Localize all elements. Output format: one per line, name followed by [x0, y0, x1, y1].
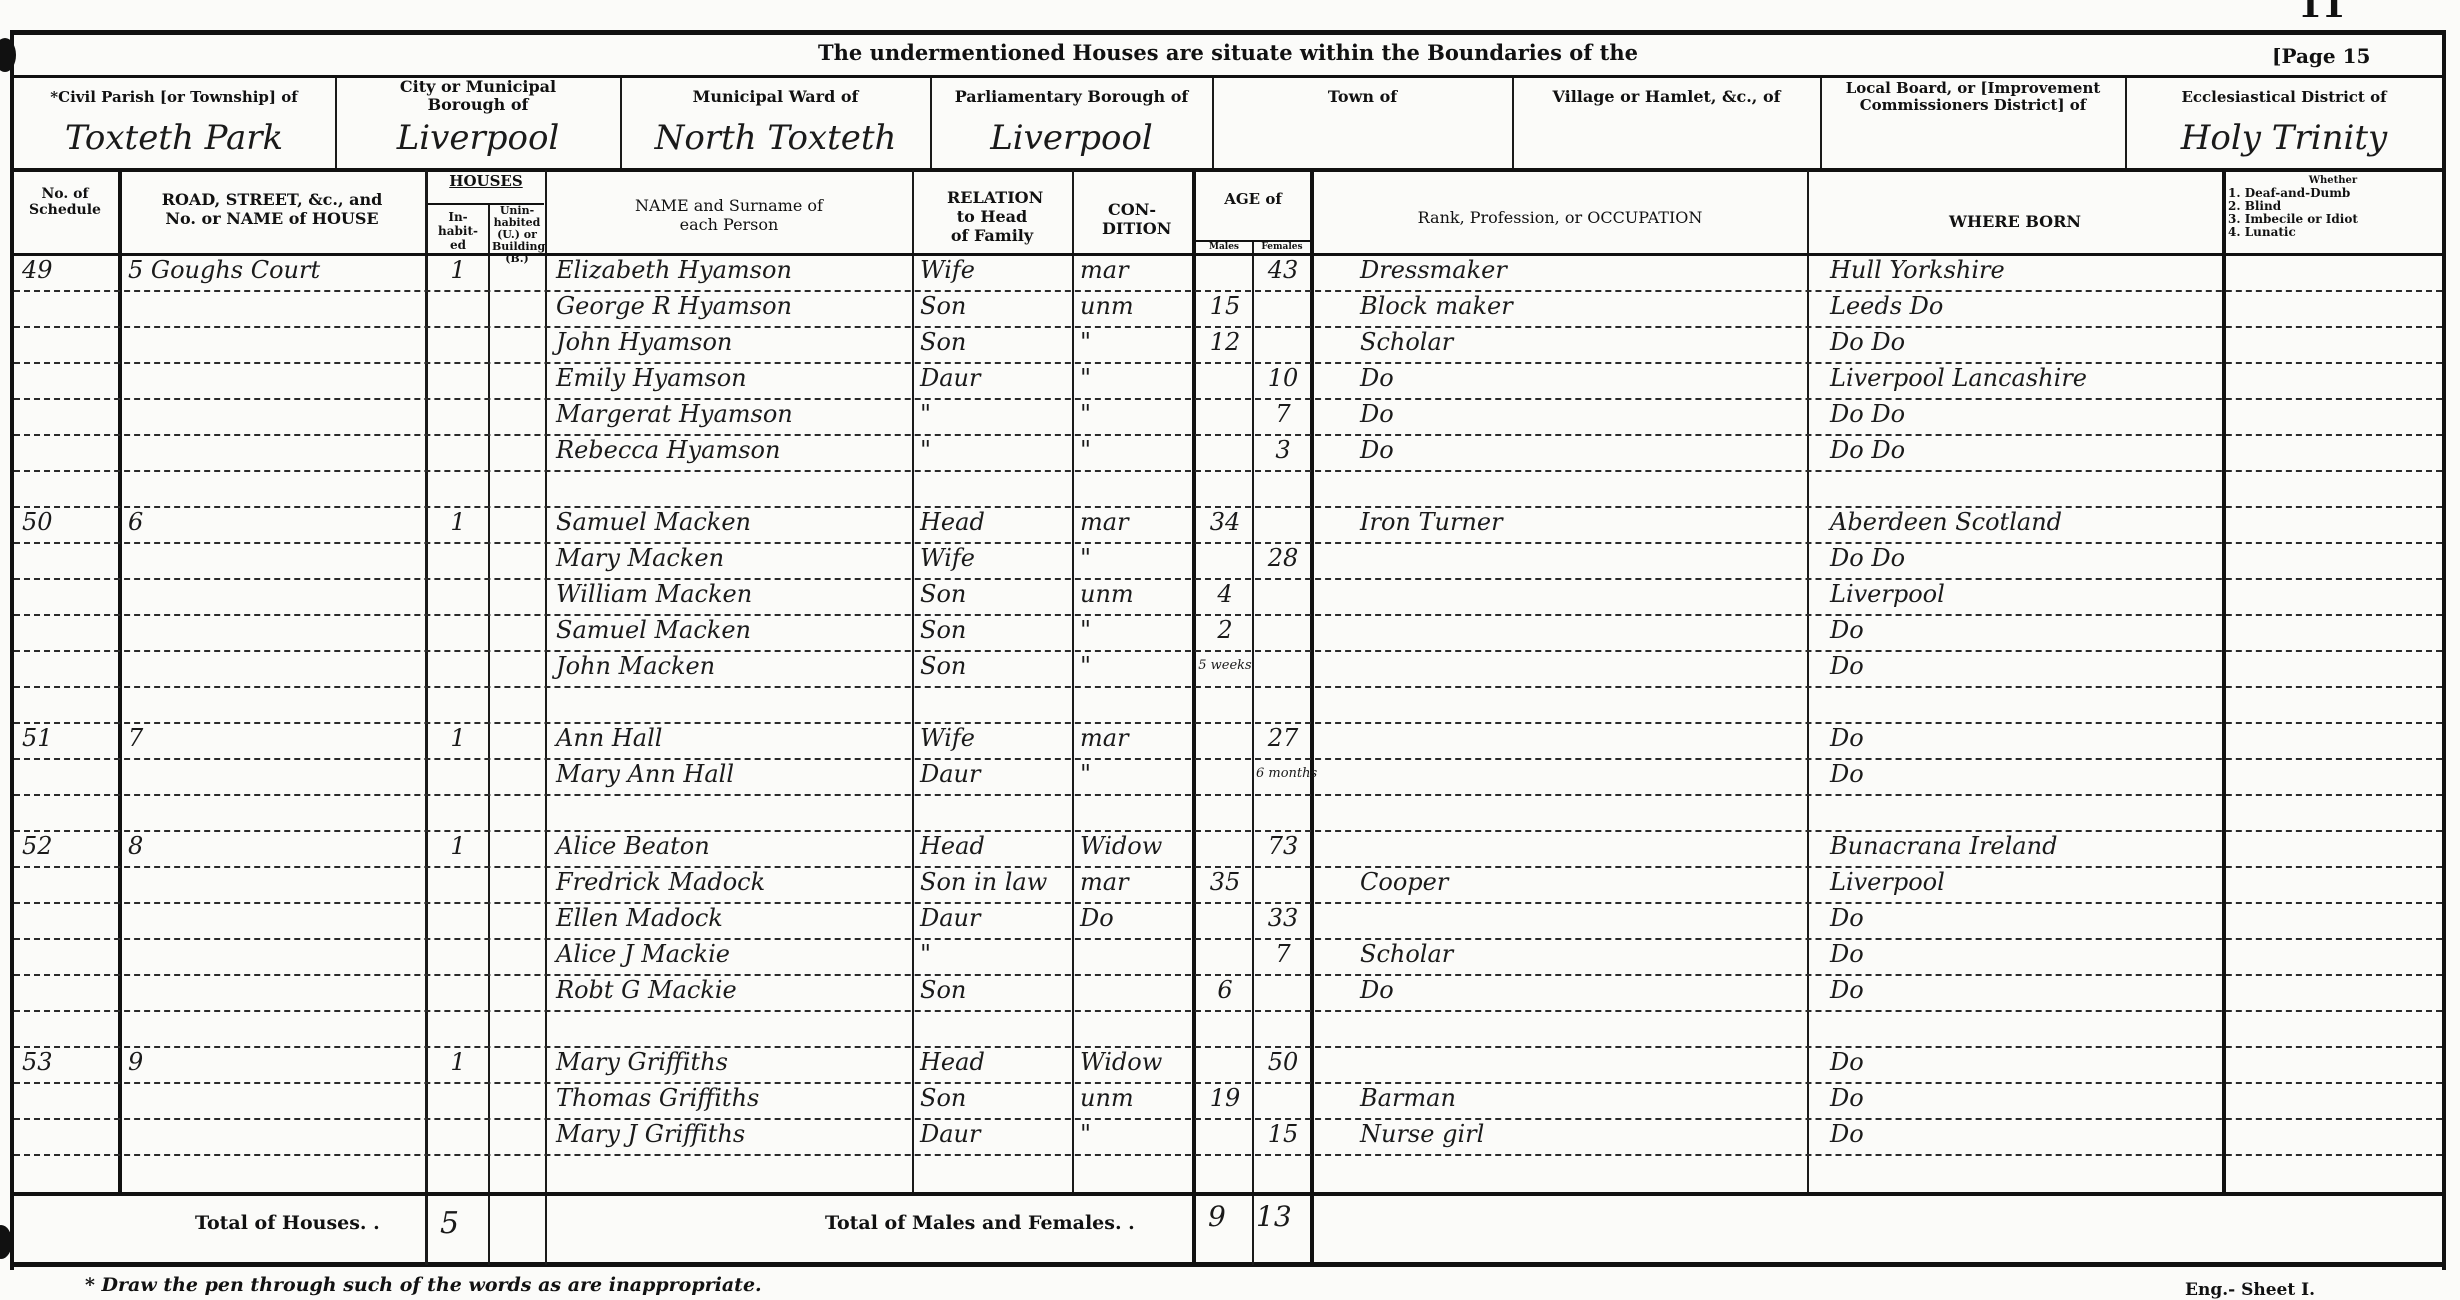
- cell-condition: unm: [1080, 576, 1190, 612]
- cell-relation: Head: [920, 1044, 1070, 1080]
- totals-divider: [10, 1192, 2446, 1196]
- row-rule: [14, 686, 2442, 688]
- municipal-ward-value: North Toxteth: [622, 118, 929, 158]
- cell-condition: ": [1080, 1116, 1190, 1152]
- cell-relation: Daur: [920, 900, 1070, 936]
- village-label: Village or Hamlet, &c., of: [1514, 88, 1819, 106]
- cell-name: Margerat Hyamson: [556, 396, 910, 432]
- cell-road: 6: [128, 504, 423, 540]
- col-header-uninhabited-text: Unin-habited (U.) or Building (B.): [492, 205, 542, 265]
- cell-relation: ": [920, 396, 1070, 432]
- col-header-schedule: No. of Schedule: [14, 186, 116, 218]
- cell-name: George R Hyamson: [556, 288, 910, 324]
- cell-age-female: 33: [1256, 900, 1310, 936]
- cell-relation: ": [920, 432, 1070, 468]
- cell-condition: ": [1080, 648, 1190, 684]
- col-header-age: AGE of: [1196, 190, 1310, 208]
- col-header-females: Females: [1254, 242, 1310, 252]
- cell-name: Alice Beaton: [556, 828, 910, 864]
- cell-where-born: Leeds Do: [1830, 288, 2220, 324]
- col-header-occupation-text: Rank, Profession, or OCCUPATION: [1418, 208, 1703, 227]
- cell-condition: unm: [1080, 1080, 1190, 1116]
- cell-condition: ": [1080, 360, 1190, 396]
- cell-inhabited: 1: [430, 252, 486, 288]
- cell-age-female: 7: [1256, 936, 1310, 972]
- col-header-name-text: NAME and Surname of each Person: [614, 196, 844, 234]
- cell-where-born: Bunacrana Ireland: [1830, 828, 2220, 864]
- cell-inhabited: 1: [430, 720, 486, 756]
- cell-where-born: Hull Yorkshire: [1830, 252, 2220, 288]
- cell-name: Mary Ann Hall: [556, 756, 910, 792]
- cell-occupation: Barman: [1360, 1080, 1805, 1116]
- cell-name: Rebecca Hyamson: [556, 432, 910, 468]
- cell-name: Elizabeth Hyamson: [556, 252, 910, 288]
- cell-occupation: Do: [1360, 972, 1805, 1008]
- cell-age-female: 6 months: [1256, 756, 1317, 792]
- cell-where-born: Aberdeen Scotland: [1830, 504, 2220, 540]
- cell-name: John Hyamson: [556, 324, 910, 360]
- col-header-road: ROAD, STREET, &c., and No. or NAME of HO…: [122, 190, 422, 228]
- col-header-inhabited-text: In-habit-ed: [437, 210, 479, 252]
- cell-relation: ": [920, 936, 1070, 972]
- cell-age-male: 19: [1198, 1080, 1252, 1116]
- cell-where-born: Liverpool Lancashire: [1830, 360, 2220, 396]
- cell-age-female: 10: [1256, 360, 1310, 396]
- cell-where-born: Do Do: [1830, 324, 2220, 360]
- cell-occupation: Do: [1360, 432, 1805, 468]
- cell-where-born: Do: [1830, 900, 2220, 936]
- col-line: [912, 170, 914, 1195]
- cell-age-female: 15: [1256, 1116, 1310, 1152]
- cell-condition: unm: [1080, 288, 1190, 324]
- col-header-relation-text: RELATION to Head of Family: [947, 188, 1037, 245]
- municipal-borough-label-text: City or Municipal Borough of: [383, 78, 573, 114]
- civil-parish-value: Toxteth Park: [14, 118, 334, 158]
- cell-condition: ": [1080, 540, 1190, 576]
- cell-name: John Macken: [556, 648, 910, 684]
- total-houses-value: 5: [440, 1206, 459, 1241]
- cell-occupation: Block maker: [1360, 288, 1805, 324]
- cell-age-female: 7: [1256, 396, 1310, 432]
- cell-name: Robt G Mackie: [556, 972, 910, 1008]
- col-line: [118, 170, 122, 1195]
- cell-relation: Wife: [920, 720, 1070, 756]
- cell-where-born: Do: [1830, 720, 2220, 756]
- cell-name: Samuel Macken: [556, 612, 910, 648]
- cell-relation: Son in law: [920, 864, 1070, 900]
- local-board-label: Local Board, or [Improvement Commissione…: [1822, 80, 2124, 114]
- cell-road: 8: [128, 828, 423, 864]
- cell-condition: ": [1080, 324, 1190, 360]
- col-header-condition-text: CON-DITION: [1102, 200, 1162, 238]
- row-rule: [14, 794, 2442, 796]
- cell-occupation: Do: [1360, 396, 1805, 432]
- cell-where-born: Do Do: [1830, 432, 2220, 468]
- cell-road: 5 Goughs Court: [128, 252, 423, 288]
- cell-age-female: 73: [1256, 828, 1310, 864]
- cell-name: Ellen Madock: [556, 900, 910, 936]
- cell-name: Emily Hyamson: [556, 360, 910, 396]
- cell-where-born: Do: [1830, 612, 2220, 648]
- cell-where-born: Do: [1830, 1080, 2220, 1116]
- cell-occupation: Do: [1360, 360, 1805, 396]
- col-header-schedule-text: No. of Schedule: [29, 186, 101, 218]
- cell-name: Alice J Mackie: [556, 936, 910, 972]
- cell-where-born: Do: [1830, 1116, 2220, 1152]
- cell-occupation: Dressmaker: [1360, 252, 1805, 288]
- local-board-label-text: Local Board, or [Improvement Commissione…: [1843, 80, 2103, 114]
- col-header-name: NAME and Surname of each Person: [548, 196, 910, 234]
- col-line: [425, 170, 428, 1265]
- cell-name: William Macken: [556, 576, 910, 612]
- cell-where-born: Do: [1830, 936, 2220, 972]
- cell-relation: Son: [920, 324, 1070, 360]
- cell-relation: Wife: [920, 540, 1070, 576]
- cell-relation: Son: [920, 1080, 1070, 1116]
- col-header-infirmity: Whether 1. Deaf-and-Dumb 2. Blind 3. Imb…: [2228, 174, 2438, 239]
- col-line: [1310, 170, 1314, 1265]
- ecclesiastical-district-value: Holy Trinity: [2127, 118, 2441, 158]
- row-rule: [14, 1154, 2442, 1156]
- cell-age-female: 3: [1256, 432, 1310, 468]
- cell-condition: mar: [1080, 252, 1190, 288]
- total-houses-label: Total of Houses. .: [195, 1212, 380, 1234]
- cell-where-born: Do: [1830, 648, 2220, 684]
- cell-name: Fredrick Madock: [556, 864, 910, 900]
- cell-age-male: 6: [1198, 972, 1252, 1008]
- cell-age-male: 2: [1198, 612, 1252, 648]
- cell-age-male: 12: [1198, 324, 1252, 360]
- cell-road: 7: [128, 720, 423, 756]
- cell-relation: Daur: [920, 360, 1070, 396]
- total-females-value: 13: [1256, 1200, 1292, 1233]
- cell-schedule: 51: [22, 720, 116, 756]
- cell-schedule: 49: [22, 252, 116, 288]
- cell-schedule: 50: [22, 504, 116, 540]
- row-rule: [14, 1010, 2442, 1012]
- frame-right: [2442, 30, 2446, 1270]
- cell-name: Thomas Griffiths: [556, 1080, 910, 1116]
- cell-relation: Head: [920, 828, 1070, 864]
- cell-inhabited: 1: [430, 1044, 486, 1080]
- total-males-value: 9: [1208, 1200, 1226, 1233]
- cell-relation: Daur: [920, 1116, 1070, 1152]
- total-persons-label: Total of Males and Females. .: [825, 1212, 1135, 1234]
- cell-where-born: Do Do: [1830, 396, 2220, 432]
- cell-age-male: 35: [1198, 864, 1252, 900]
- cell-condition: Widow: [1080, 828, 1190, 864]
- col-header-occupation: Rank, Profession, or OCCUPATION: [1314, 208, 1806, 227]
- municipal-borough-value: Liverpool: [337, 118, 619, 158]
- cell-road: 9: [128, 1044, 423, 1080]
- cell-condition: Do: [1080, 900, 1190, 936]
- location-divider: [10, 168, 2446, 172]
- page-number: [Page 15: [2272, 44, 2370, 68]
- cell-occupation: Scholar: [1360, 936, 1805, 972]
- civil-parish-label: *Civil Parish [or Township] of: [14, 88, 334, 106]
- cell-condition: Widow: [1080, 1044, 1190, 1080]
- cell-relation: Son: [920, 288, 1070, 324]
- cell-occupation: Scholar: [1360, 324, 1805, 360]
- folio-mark: 11: [2298, 0, 2345, 26]
- col-line: [545, 170, 547, 1265]
- col-header-condition: CON-DITION: [1074, 200, 1190, 238]
- cell-where-born: Do: [1830, 1044, 2220, 1080]
- cell-relation: Daur: [920, 756, 1070, 792]
- row-rule: [14, 470, 2442, 472]
- ecclesiastical-district-label: Ecclesiastical District of: [2127, 88, 2441, 106]
- col-header-houses: HOUSES: [428, 172, 544, 190]
- cell-where-born: Liverpool: [1830, 576, 2220, 612]
- cell-where-born: Do: [1830, 972, 2220, 1008]
- cell-condition: ": [1080, 612, 1190, 648]
- town-label: Town of: [1214, 88, 1511, 106]
- cell-age-female: 28: [1256, 540, 1310, 576]
- col-line: [1072, 170, 1074, 1195]
- footnote: * Draw the pen through such of the words…: [85, 1274, 762, 1296]
- cell-age-female: 50: [1256, 1044, 1310, 1080]
- cell-occupation: Iron Turner: [1360, 504, 1805, 540]
- document-title: The undermentioned Houses are situate wi…: [10, 40, 2446, 65]
- col-header-relation: RELATION to Head of Family: [914, 188, 1070, 245]
- cell-name: Mary J Griffiths: [556, 1116, 910, 1152]
- municipal-borough-label: City or Municipal Borough of: [337, 78, 619, 114]
- cell-where-born: Liverpool: [1830, 864, 2220, 900]
- cell-occupation: Cooper: [1360, 864, 1805, 900]
- col-line: [488, 205, 490, 1265]
- col-line: [1807, 170, 1809, 1195]
- sheet-label: Eng.- Sheet I.: [2185, 1280, 2315, 1300]
- cell-occupation: Nurse girl: [1360, 1116, 1805, 1152]
- cell-inhabited: 1: [430, 504, 486, 540]
- parliamentary-borough-value: Liverpool: [932, 118, 1211, 158]
- cell-name: Samuel Macken: [556, 504, 910, 540]
- cell-condition: mar: [1080, 504, 1190, 540]
- municipal-ward-label: Municipal Ward of: [622, 88, 929, 106]
- col-header-road-text: ROAD, STREET, &c., and No. or NAME of HO…: [147, 190, 397, 228]
- cell-age-female: 27: [1256, 720, 1310, 756]
- parliamentary-borough-label: Parliamentary Borough of: [932, 88, 1211, 106]
- col-line: [1192, 170, 1196, 1265]
- cell-relation: Son: [920, 972, 1070, 1008]
- cell-relation: Head: [920, 504, 1070, 540]
- frame-top: [10, 30, 2446, 35]
- infirmity-option: 4. Lunatic: [2228, 226, 2438, 239]
- cell-age-male: 4: [1198, 576, 1252, 612]
- col-line: [2222, 170, 2226, 1195]
- cell-relation: Wife: [920, 252, 1070, 288]
- col-header-inhabited: In-habit-ed: [428, 210, 488, 252]
- col-header-males: Males: [1196, 242, 1252, 252]
- cell-condition: ": [1080, 396, 1190, 432]
- cell-condition: ": [1080, 756, 1190, 792]
- col-header-where-born: WHERE BORN: [1810, 212, 2220, 231]
- cell-where-born: Do: [1830, 756, 2220, 792]
- frame-bottom: [10, 1262, 2446, 1267]
- col-header-uninhabited: Unin-habited (U.) or Building (B.): [490, 205, 544, 265]
- cell-name: Mary Macken: [556, 540, 910, 576]
- cell-condition: mar: [1080, 720, 1190, 756]
- cell-age-male: 15: [1198, 288, 1252, 324]
- cell-name: Mary Griffiths: [556, 1044, 910, 1080]
- cell-name: Ann Hall: [556, 720, 910, 756]
- col-line: [1252, 240, 1254, 1265]
- cell-relation: Son: [920, 612, 1070, 648]
- cell-age-male: 34: [1198, 504, 1252, 540]
- cell-age-male: 5 weeks: [1198, 648, 1252, 684]
- cell-schedule: 53: [22, 1044, 116, 1080]
- cell-condition: ": [1080, 432, 1190, 468]
- cell-where-born: Do Do: [1830, 540, 2220, 576]
- cell-relation: Son: [920, 576, 1070, 612]
- cell-age-female: 43: [1256, 252, 1310, 288]
- cell-inhabited: 1: [430, 828, 486, 864]
- cell-condition: mar: [1080, 864, 1190, 900]
- cell-schedule: 52: [22, 828, 116, 864]
- cell-relation: Son: [920, 648, 1070, 684]
